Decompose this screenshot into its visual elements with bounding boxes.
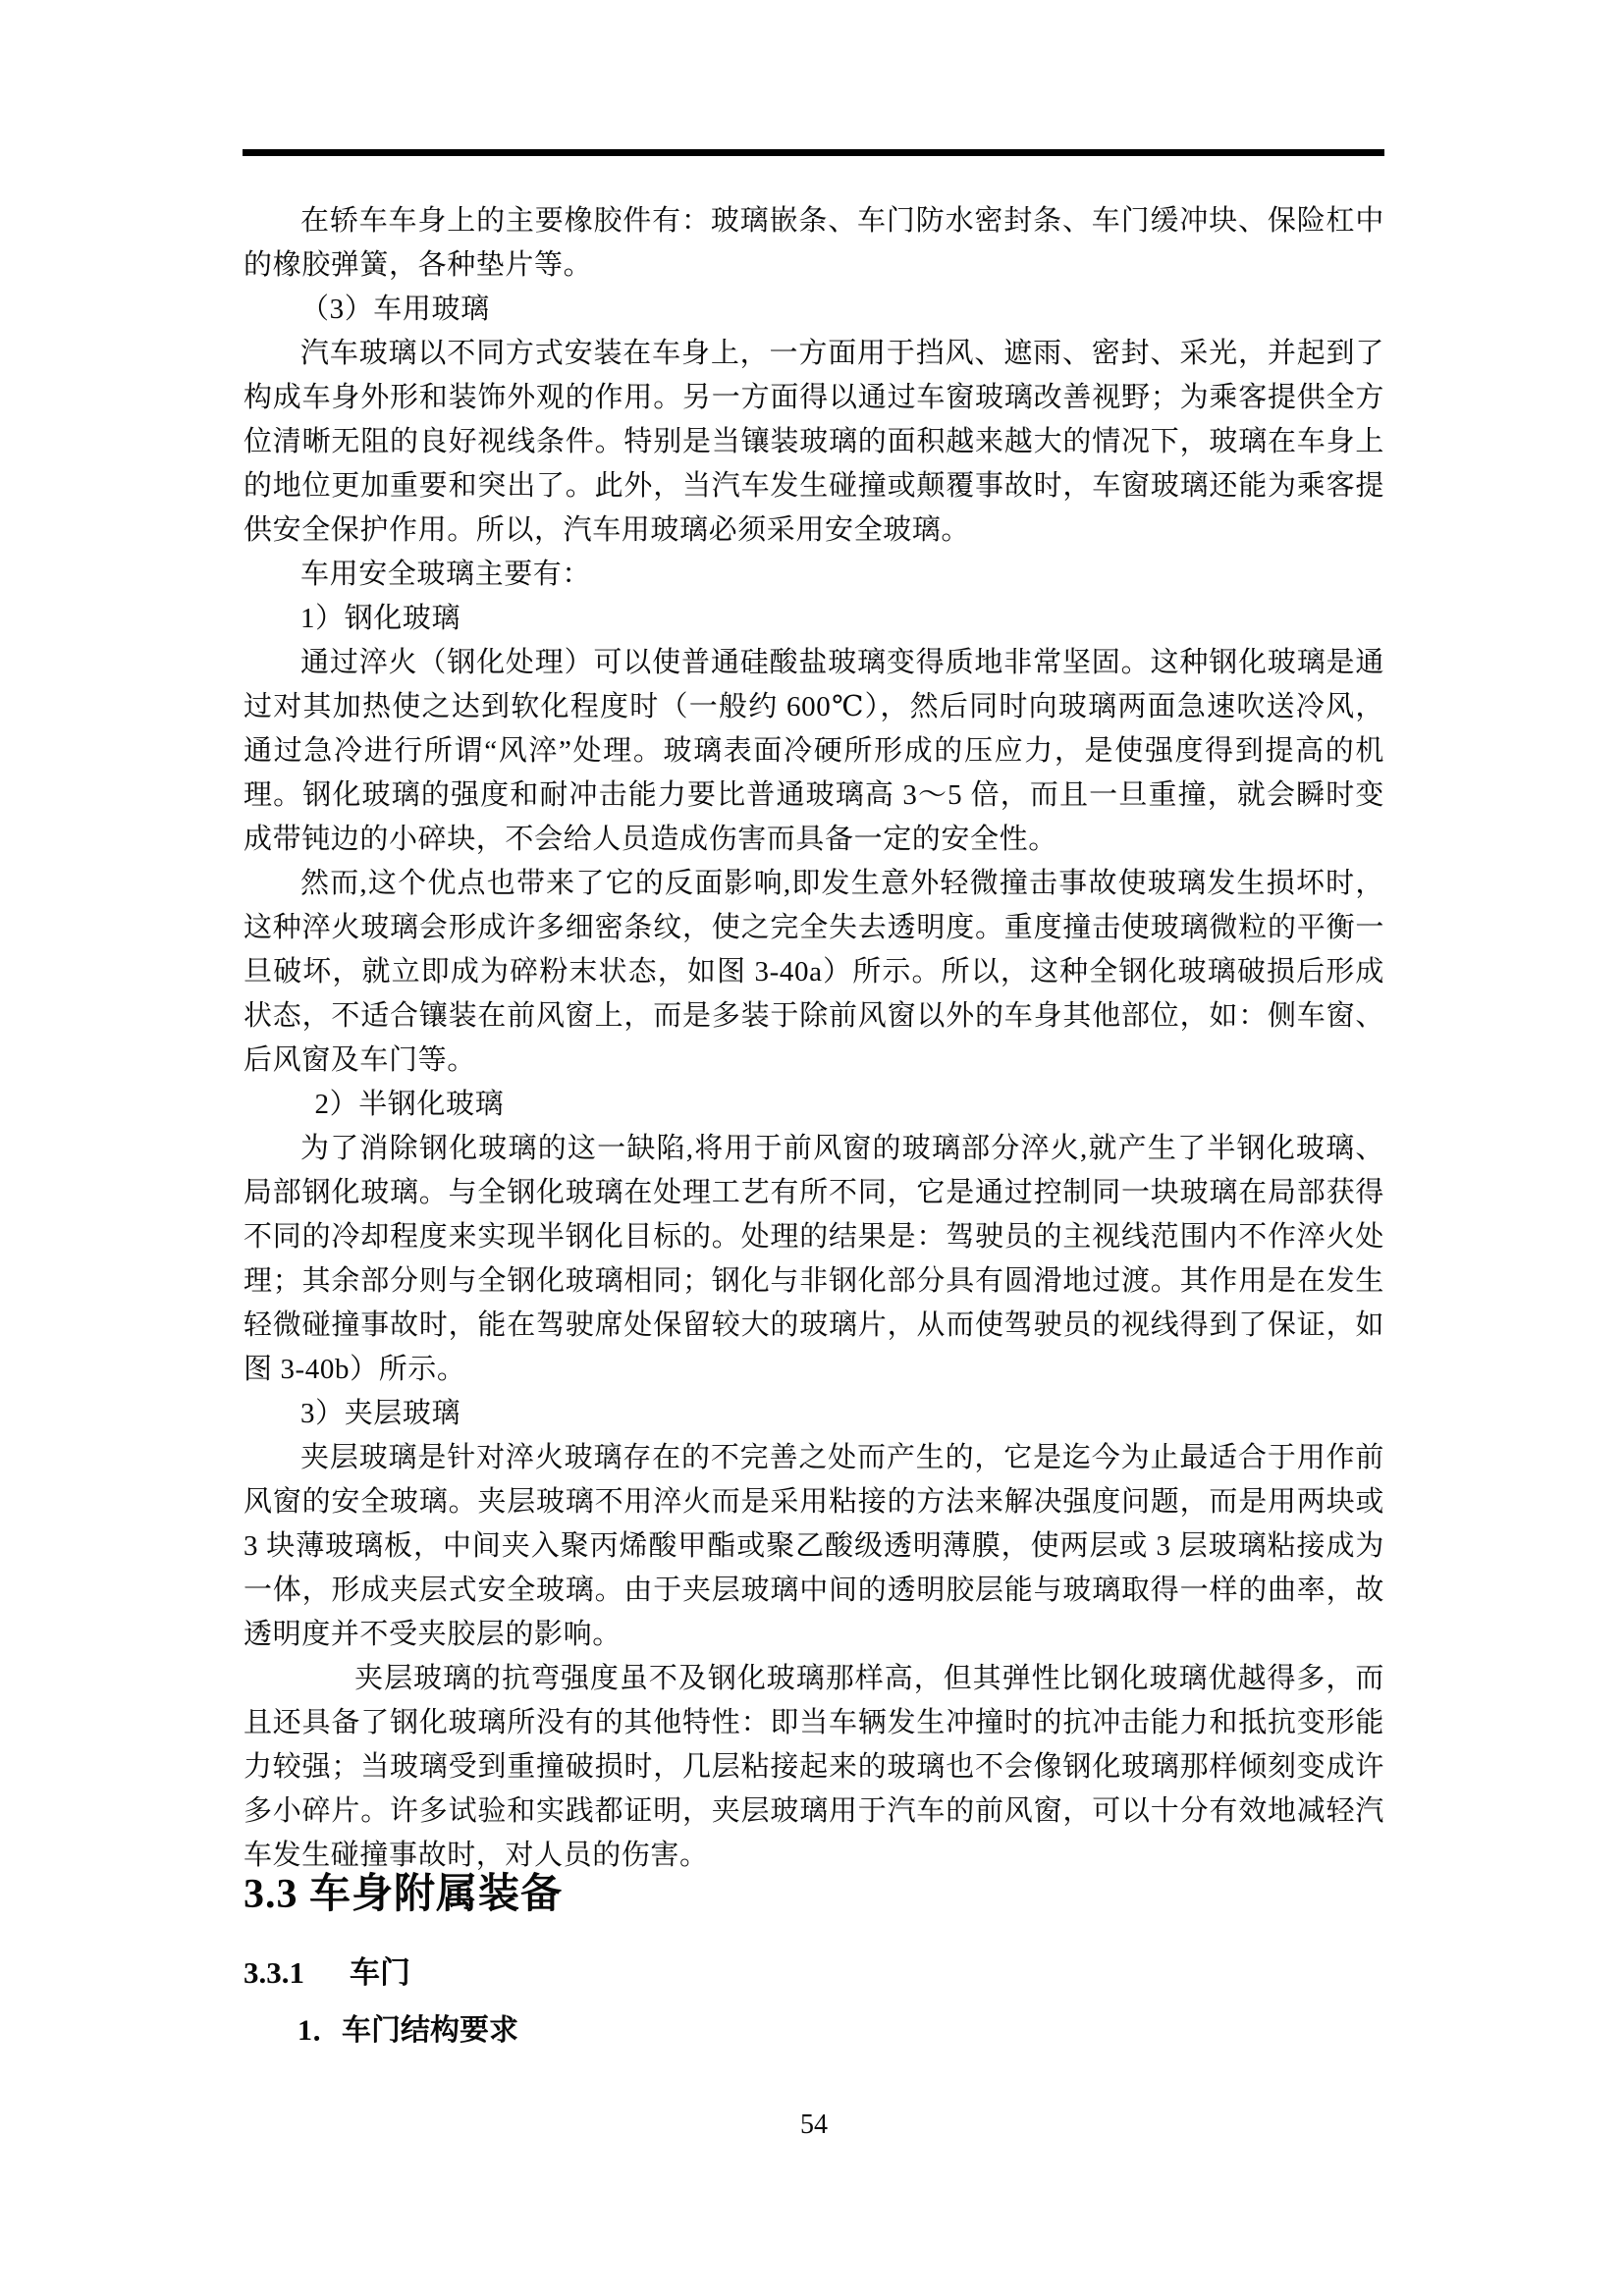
paragraph: （3）车用玻璃 — [244, 288, 1384, 332]
subsection-heading: 3.3.1车门 — [244, 1955, 1384, 1991]
paragraph: 3）夹层玻璃 — [244, 1392, 1384, 1436]
paragraph: 2）半钢化玻璃 — [244, 1083, 1384, 1127]
document-page: 在轿车车身上的主要橡胶件有：玻璃嵌条、车门防水密封条、车门缓冲块、保险杠中的橡胶… — [0, 0, 1624, 2296]
paragraph: 夹层玻璃的抗弯强度虽不及钢化玻璃那样高，但其弹性比钢化玻璃优越得多，而且还具备了… — [244, 1657, 1384, 1878]
paragraph: 汽车玻璃以不同方式安装在车身上，一方面用于挡风、遮雨、密封、采光，并起到了构成车… — [244, 332, 1384, 553]
section-heading: 3.3 车身附属装备 — [244, 1871, 1384, 1918]
paragraph: 然而,这个优点也带来了它的反面影响,即发生意外轻微撞击事故使玻璃发生损坏时，这种… — [244, 862, 1384, 1083]
section-area: 3.3 车身附属装备 3.3.1车门 1．车门结构要求 — [244, 1871, 1384, 2048]
subsection-title: 车门 — [350, 1955, 410, 1990]
body-text: 在轿车车身上的主要橡胶件有：玻璃嵌条、车门防水密封条、车门缓冲块、保险杠中的橡胶… — [244, 199, 1384, 1880]
paragraph: 通过淬火（钢化处理）可以使普通硅酸盐玻璃变得质地非常坚固。这种钢化玻璃是通过对其… — [244, 641, 1384, 862]
page-footer: 54 — [244, 2109, 1384, 2142]
paragraph: 1）钢化玻璃 — [244, 597, 1384, 641]
page-number: 54 — [800, 2109, 828, 2140]
item-heading: 1．车门结构要求 — [244, 2014, 1384, 2048]
paragraph: 夹层玻璃是针对淬火玻璃存在的不完善之处而产生的，它是迄今为止最适合于用作前风窗的… — [244, 1436, 1384, 1657]
paragraph: 为了消除钢化玻璃的这一缺陷,将用于前风窗的玻璃部分淬火,就产生了半钢化玻璃、局部… — [244, 1127, 1384, 1392]
header-rule — [243, 149, 1384, 156]
paragraph: 在轿车车身上的主要橡胶件有：玻璃嵌条、车门防水密封条、车门缓冲块、保险杠中的橡胶… — [244, 199, 1384, 288]
subsection-number: 3.3.1 — [244, 1955, 304, 1991]
paragraph: 车用安全玻璃主要有： — [244, 553, 1384, 597]
